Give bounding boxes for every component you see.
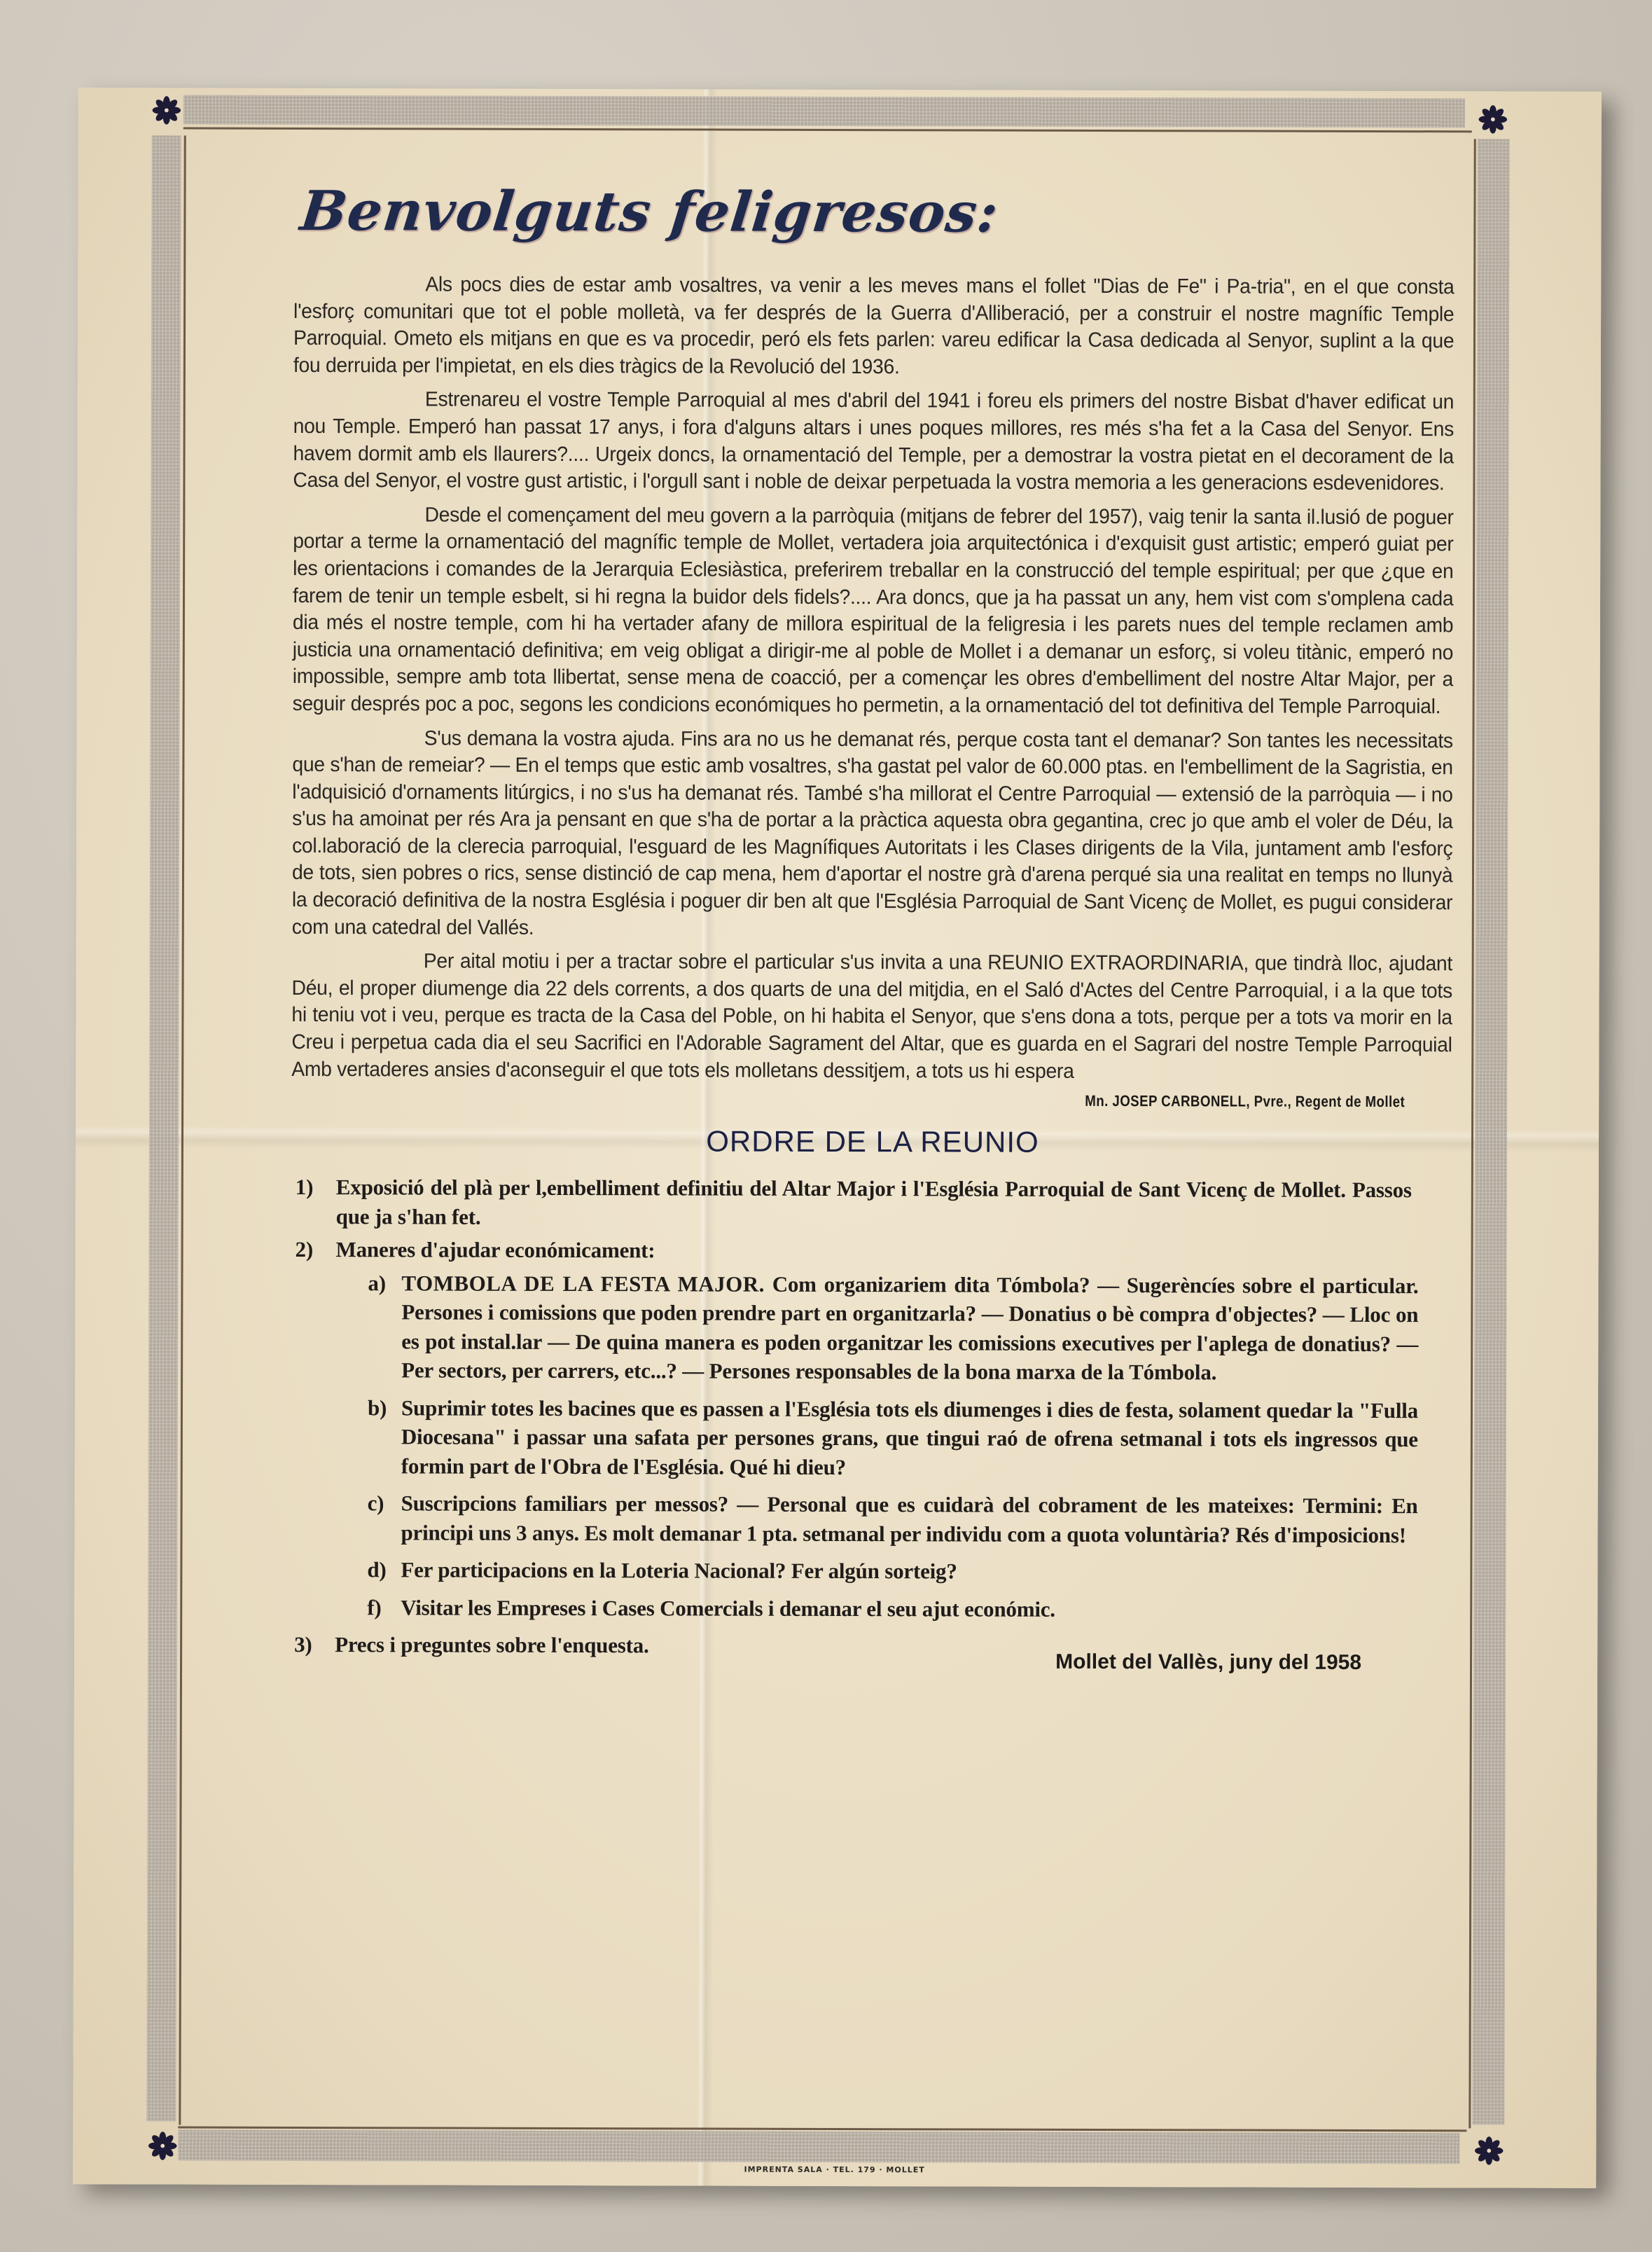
rosette-ornament-icon [151, 95, 182, 125]
rosette-ornament-icon [1478, 104, 1508, 134]
paragraph: Estrenareu el vostre Temple Parroquial a… [293, 386, 1454, 497]
border-band-bottom [178, 2130, 1459, 2164]
salutation-heading: Benvolguts feligresos: [298, 179, 1460, 246]
agenda-subitem: b) Suprimir totes les bacines que es pas… [368, 1393, 1453, 1484]
agenda-item-text: Maneres d'ajudar económicament: [336, 1235, 1454, 1267]
subitem-text: Suprimir totes les bacines que es passen… [401, 1393, 1453, 1483]
signature: Mn. JOSEP CARBONELL, Pvre., Regent de Mo… [459, 1091, 1405, 1112]
border-band-top [183, 95, 1465, 128]
subitem-letter: f) [367, 1593, 401, 1622]
subitem-lead: TOMBOLA DE LA FESTA MAJOR. [401, 1271, 765, 1296]
agenda-subitem: f) Visitar les Empreses i Cases Comercia… [367, 1593, 1452, 1625]
subitem-text: Fer participacions en la Loteria Naciona… [401, 1556, 1452, 1587]
border-band-right [1472, 139, 1509, 2125]
agenda-subitems: a) TOMBOLA DE LA FESTA MAJOR. Com organi… [367, 1269, 1453, 1625]
border-band-left [146, 135, 181, 2121]
paragraph: Per aital motiu i per a tractar sobre el… [291, 948, 1452, 1086]
agenda-subitem: c) Suscripcions familiars per messos? — … [367, 1488, 1452, 1549]
agenda-subitem: d) Fer participacions en la Loteria Naci… [367, 1555, 1452, 1587]
agenda-item-number: 2) [291, 1235, 336, 1264]
subitem-letter: d) [367, 1555, 401, 1584]
subitem-letter: c) [367, 1488, 401, 1547]
agenda-item-number: 3) [290, 1630, 335, 1659]
agenda-item-number: 1) [291, 1173, 336, 1231]
paragraph: S'us demana la vostra ajuda. Fins ara no… [292, 724, 1453, 944]
letter-body: Benvolguts feligresos: Als pocs dies de … [290, 179, 1457, 1675]
subitem-text: Suscripcions familiars per messos? — Per… [401, 1489, 1452, 1550]
leaflet-sheet: Benvolguts feligresos: Als pocs dies de … [73, 88, 1602, 2188]
subitem-text: Visitar les Empreses i Cases Comercials … [401, 1593, 1452, 1624]
paragraph: Desde el començament del meu govern a la… [293, 502, 1454, 721]
printer-imprint: IMPRENTA SALA · TEL. 179 · MOLLET [73, 2163, 1596, 2176]
rosette-ornament-icon [147, 2130, 178, 2161]
border-rule-top [183, 127, 1472, 133]
subitem-letter: a) [368, 1269, 401, 1385]
subitem-letter: b) [368, 1393, 401, 1481]
paragraph: Als pocs dies de estar amb vosaltres, va… [293, 271, 1455, 382]
agenda-item-text: Exposició del plà per l,embelliment defi… [336, 1173, 1454, 1234]
agenda-item: 1) Exposició del plà per l,embelliment d… [291, 1173, 1454, 1234]
agenda-title: ORDRE DE LA REUNIO [291, 1124, 1454, 1160]
rosette-ornament-icon [1473, 2135, 1504, 2166]
agenda-subitem: a) TOMBOLA DE LA FESTA MAJOR. Com organi… [368, 1269, 1453, 1388]
agenda-list: 1) Exposició del plà per l,embelliment d… [290, 1173, 1454, 1662]
agenda-item: 2) Maneres d'ajudar económicament: [291, 1235, 1454, 1267]
